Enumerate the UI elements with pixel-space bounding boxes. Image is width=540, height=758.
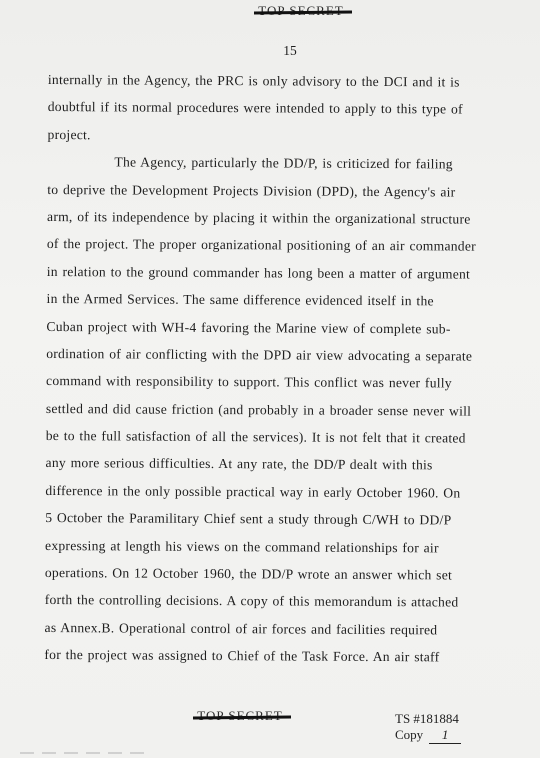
classification-struck-text: TOP SECRET <box>258 3 344 19</box>
copy-row: Copy 1 <box>395 727 461 744</box>
text-line: any more serious difficulties. At any ra… <box>45 449 525 479</box>
text-line: arm, of its independence by placing it w… <box>47 203 527 233</box>
text-line: 5 October the Paramilitary Chief sent a … <box>45 504 525 534</box>
classification-struck-text: TOP SECRET <box>197 708 283 724</box>
control-number: TS #181884 <box>395 711 461 727</box>
text-line: ordination of air conflicting with the D… <box>46 340 526 370</box>
copy-number: 1 <box>429 727 461 744</box>
text-line: for the project was assigned to Chief of… <box>44 641 524 671</box>
document-page: TOP SECRET 15 internally in the Agency, … <box>0 0 540 758</box>
text-line: in the Armed Services. The same differen… <box>46 285 526 315</box>
text-line: to deprive the Development Projects Divi… <box>47 176 527 206</box>
top-classification-marking: TOP SECRET <box>0 3 540 19</box>
body-text: internally in the Agency, the PRC is onl… <box>44 66 528 672</box>
text-line: internally in the Agency, the PRC is onl… <box>48 66 528 96</box>
copy-label: Copy <box>395 727 423 743</box>
text-line: difference in the only possible practica… <box>45 477 525 507</box>
page-number: 15 <box>0 43 540 59</box>
text-line: project. <box>47 121 527 151</box>
text-line: Cuban project with WH-4 favoring the Mar… <box>46 313 526 343</box>
control-block: TS #181884 Copy 1 <box>395 711 461 744</box>
text-line: doubtful if its normal procedures were i… <box>48 93 528 123</box>
text-line: forth the controlling decisions. A copy … <box>45 586 525 616</box>
scan-artifact <box>20 752 150 754</box>
text-line: in relation to the ground commander has … <box>47 258 527 288</box>
text-line: be to the full satisfaction of all the s… <box>46 422 526 452</box>
text-line: command with responsibility to support. … <box>46 367 526 397</box>
text-line: settled and did cause friction (and prob… <box>46 395 526 425</box>
text-line: The Agency, particularly the DD/P, is cr… <box>47 148 527 178</box>
text-line: as Annex.B. Operational control of air f… <box>44 614 524 644</box>
text-line: expressing at length his views on the co… <box>45 532 525 562</box>
text-line: operations. On 12 October 1960, the DD/P… <box>45 559 525 589</box>
text-line: of the project. The proper organizationa… <box>47 230 527 260</box>
